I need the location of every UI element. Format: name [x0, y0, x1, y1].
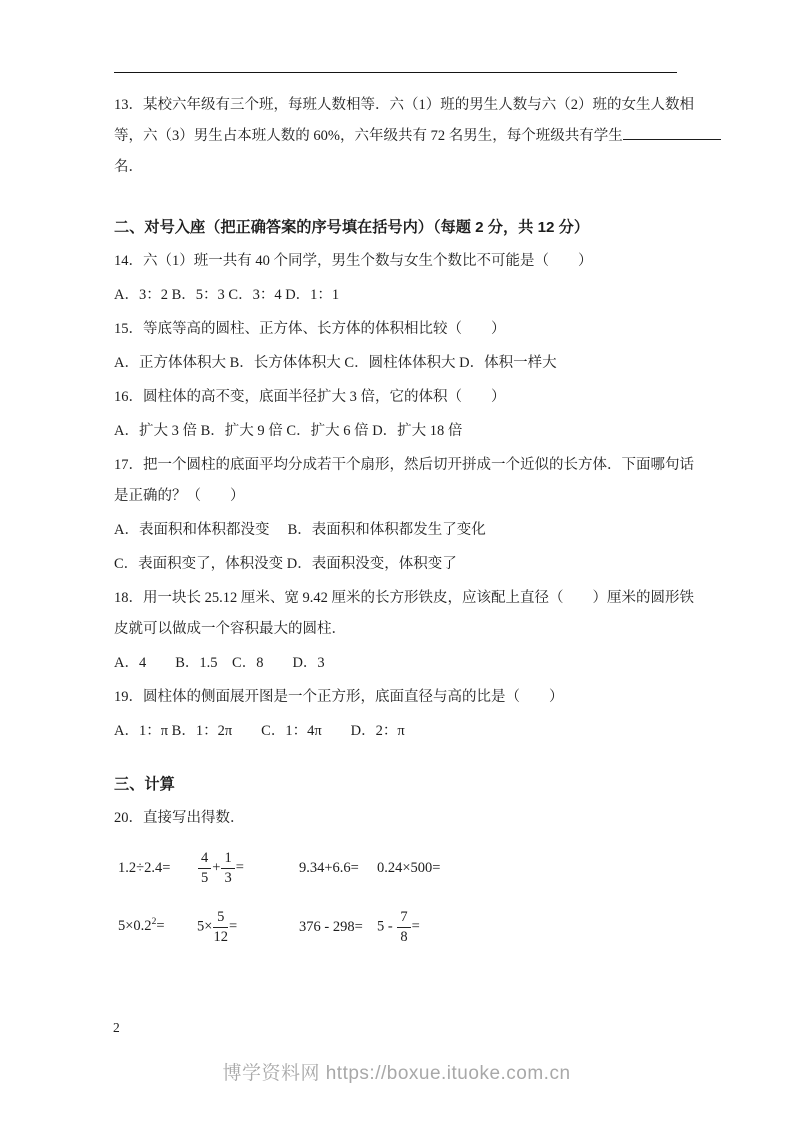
calc-expression-1-2: 45+13=	[197, 850, 299, 886]
calc-expression-1-3: 9.34+6.6=	[299, 860, 377, 877]
page-number: 2	[113, 1020, 120, 1036]
equals-sign: =	[229, 919, 237, 935]
question-16: 16．圆柱体的高不变，底面半径扩大 3 倍，它的体积（ ）	[114, 382, 680, 413]
calculation-row-2: 5×0.22= 5×512= 376 - 298= 5 - 78=	[114, 902, 680, 952]
question-16-options: A．扩大 3 倍 B．扩大 9 倍 C．扩大 6 倍 D．扩大 18 倍	[114, 416, 680, 447]
fraction-1-3: 13	[221, 850, 234, 886]
calc-expression-1-1: 1.2÷2.4=	[118, 860, 197, 877]
question-13-line-3: 名．	[114, 152, 680, 183]
question-20: 20．直接写出得数．	[114, 803, 680, 834]
exam-page: 13．某校六年级有三个班，每班人数相等．六（1）班的男生人数与六（2）班的女生人…	[0, 0, 793, 1122]
fraction-7-8: 78	[397, 909, 410, 945]
question-19: 19．圆柱体的侧面展开图是一个正方形，底面直径与高的比是（ ）	[114, 682, 680, 713]
question-13-line-1: 13．某校六年级有三个班，每班人数相等．六（1）班的男生人数与六（2）班的女生人…	[114, 90, 680, 121]
question-13: 13．某校六年级有三个班，每班人数相等．六（1）班的男生人数与六（2）班的女生人…	[114, 90, 680, 183]
fraction-4-5: 45	[198, 850, 211, 886]
question-17: 17．把一个圆柱的底面平均分成若干个扇形，然后切开拼成一个近似的长方体．下面哪句…	[114, 450, 680, 512]
calculation-row-1: 1.2÷2.4= 45+13= 9.34+6.6= 0.24×500=	[114, 843, 680, 893]
fraction-5-12: 512	[213, 909, 228, 945]
question-17-options-ab: A．表面积和体积都没变 B．表面积和体积都发生了变化	[114, 515, 680, 546]
top-separator-line	[114, 72, 677, 73]
section-2-heading: 二、对号入座（把正确答案的序号填在括号内）（每题 2 分，共 12 分）	[114, 212, 680, 243]
answer-blank-line	[623, 124, 721, 140]
question-17-line-1: 17．把一个圆柱的底面平均分成若干个扇形，然后切开拼成一个近似的长方体．下面哪句…	[114, 450, 680, 481]
question-18-line-2: 皮就可以做成一个容积最大的圆柱．	[114, 614, 680, 645]
question-17-options-cd: C．表面积变了，体积没变 D．表面积没变，体积变了	[114, 549, 680, 580]
question-15: 15．等底等高的圆柱、正方体、长方体的体积相比较（ ）	[114, 314, 680, 345]
question-15-options: A．正方体体积大 B．长方体体积大 C．圆柱体体积大 D．体积一样大	[114, 348, 680, 379]
calc-expression-2-3: 376 - 298=	[299, 919, 377, 936]
question-18-line-1: 18．用一块长 25.12 厘米、宽 9.42 厘米的长方形铁皮，应该配上直径（…	[114, 583, 680, 614]
watermark-text: 博学资料网 https://boxue.ituoke.com.cn	[0, 1058, 793, 1085]
question-18: 18．用一块长 25.12 厘米、宽 9.42 厘米的长方形铁皮，应该配上直径（…	[114, 583, 680, 645]
question-14: 14．六（1）班一共有 40 个同学，男生个数与女生个数比不可能是（ ）	[114, 246, 680, 277]
calc-expression-2-2: 5×512=	[197, 909, 299, 945]
section-3-heading: 三、计算	[114, 769, 680, 800]
calc-expression-2-4: 5 - 78=	[377, 909, 680, 945]
exponent: 2	[152, 917, 157, 927]
question-17-line-2: 是正确的？（ ）	[114, 481, 680, 512]
question-13-line-2-text: 等，六（3）男生占本班人数的 60%，六年级共有 72 名男生，每个班级共有学生	[114, 128, 623, 144]
question-14-options: A．3：2 B．5：3 C．3：4 D．1：1	[114, 280, 680, 311]
calc-expression-1-4: 0.24×500=	[377, 860, 680, 877]
equals-sign: =	[412, 919, 420, 935]
equals-sign: =	[236, 860, 244, 876]
calc-expression-2-1: 5×0.22=	[118, 918, 197, 935]
question-18-options: A．4 B．1.5 C．8 D．3	[114, 648, 680, 679]
page-content: 13．某校六年级有三个班，每班人数相等．六（1）班的男生人数与六（2）班的女生人…	[114, 0, 680, 952]
question-13-line-2: 等，六（3）男生占本班人数的 60%，六年级共有 72 名男生，每个班级共有学生	[114, 121, 680, 152]
question-19-options: A．1：π B．1：2π C．1：4π D．2：π	[114, 716, 680, 747]
plus-operator: +	[212, 860, 220, 876]
